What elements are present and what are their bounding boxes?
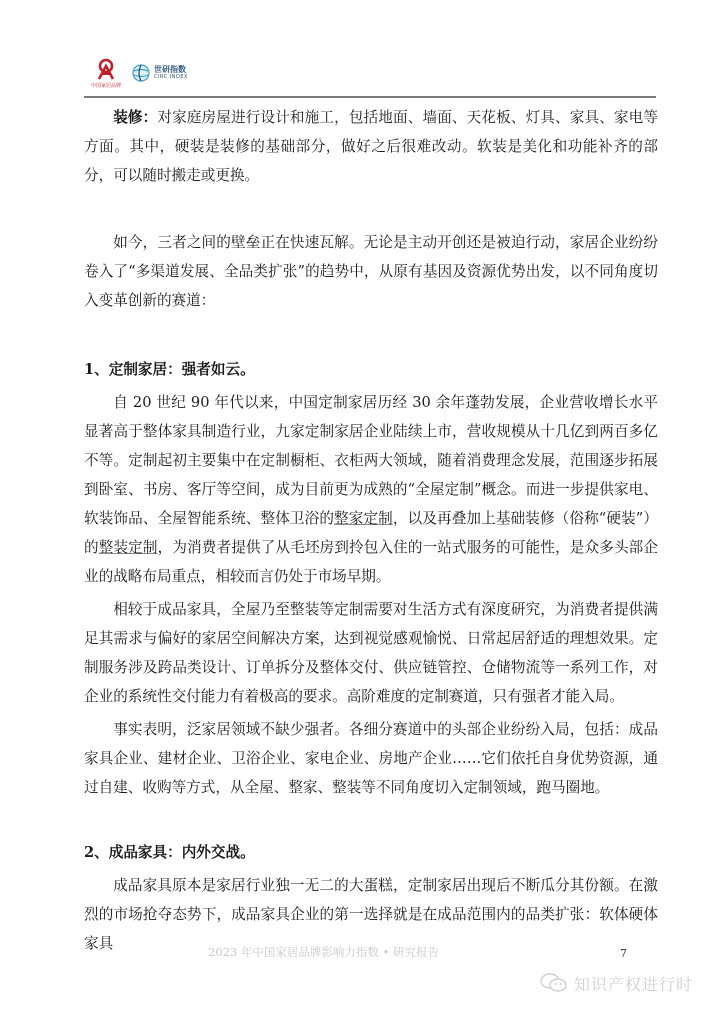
custom-history-end: ，为消费者提供了从毛坯房到拎包入住的一站式服务的可能性，是众多头部企业的战略布局… [84,539,658,585]
paragraph-strong-players: 事实表明，泛家居领域不缺少强者。各细分赛道中的头部企业纷纷入局，包括：成品家具企… [84,715,658,802]
arch-logo-icon [95,58,117,80]
paragraph-custom-history: 自 20 世纪 90 年代以来，中国定制家居历经 30 余年蓬勃发展，企业营收增… [84,388,658,591]
brand-logo-right: 世研指数 CIRC INDEX [132,62,212,86]
section-heading-custom-furniture: 1、定制家居：强者如云。 [84,355,658,384]
term-renovation: 装修： [113,109,157,126]
paragraph-renovation: 装修：对家庭房屋进行设计和施工，包括地面、墙面、天花板、灯具、家具、家电等方面。… [84,103,658,190]
wechat-icon [540,972,568,994]
watermark-text: 知识产权进行时 [574,972,693,995]
brand-logo-left: 中国家居品牌 [86,58,126,92]
footer-report-title: 2023 年中国家居品牌影响力指数 • 研究报告 [208,944,439,960]
custom-history-text: 自 20 世纪 90 年代以来，中国定制家居历经 30 余年蓬勃发展，企业营收增… [84,394,658,527]
renovation-definition: 对家庭房屋进行设计和施工，包括地面、墙面、天花板、灯具、家具、家电等方面。其中，… [84,109,658,184]
link-whole-home-custom[interactable]: 整家定制 [334,510,393,527]
logo-left-caption: 中国家居品牌 [86,82,126,89]
header-divider [84,96,656,98]
section-heading-finished-furniture: 2、成品家具：内外交战。 [84,838,658,867]
page-number: 7 [620,947,627,960]
logo-right-subtitle: CIRC INDEX [154,74,188,80]
page-header: 中国家居品牌 世研指数 CIRC INDEX [0,0,720,98]
watermark: 知识产权进行时 [540,970,693,996]
globe-logo-icon [132,64,150,82]
paragraph-barriers: 如今，三者之间的壁垒正在快速瓦解。无论是主动开创还是被迫行动，家居企业纷纷卷入了… [84,228,658,315]
document-body: 装修：对家庭房屋进行设计和施工，包括地面、墙面、天花板、灯具、家具、家电等方面。… [84,102,658,958]
link-full-renovation-custom[interactable]: 整装定制 [99,539,158,556]
paragraph-custom-requirements: 相较于成品家具，全屋乃至整装等定制需要对生活方式有深度研究，为消费者提供满足其需… [84,595,658,711]
